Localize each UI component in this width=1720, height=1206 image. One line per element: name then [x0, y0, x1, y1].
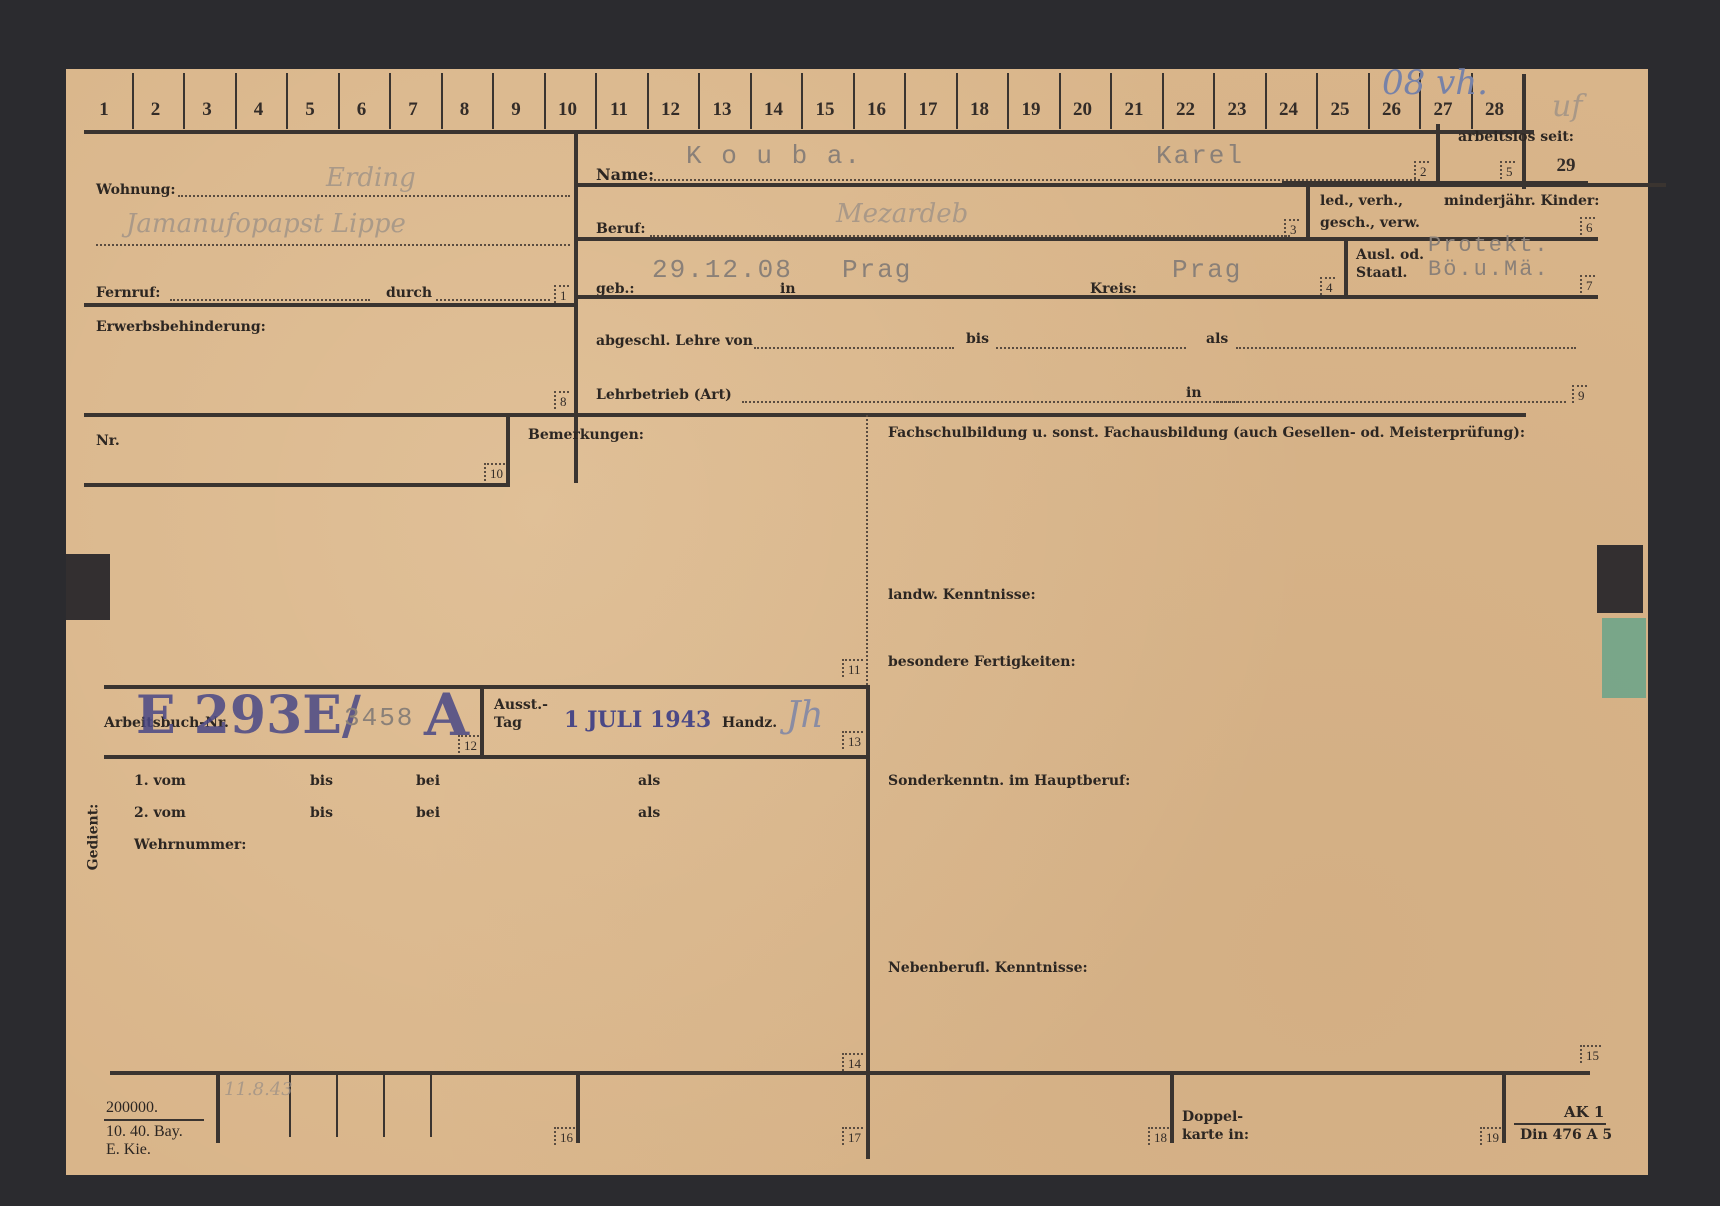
service-row-als: als: [638, 805, 660, 821]
issue-date-stamp: 1 JULI 1943: [564, 707, 711, 733]
handz-value: Jh: [786, 695, 824, 736]
field-6: 6: [1580, 217, 1595, 235]
kinder-label: minderjähr. Kinder:: [1444, 193, 1599, 209]
staat-value-1: Protekt.: [1428, 233, 1550, 258]
wohnung-value-1: Erding: [326, 163, 416, 193]
beruf-right-divider: [1306, 185, 1310, 239]
column-divider: [544, 73, 546, 129]
field-3: 3: [1284, 219, 1299, 237]
beruf-label: Beruf:: [596, 221, 646, 237]
middle-right-dotted-divider: [866, 415, 868, 685]
column-number: 13: [702, 99, 742, 121]
field-4: 4: [1320, 277, 1335, 295]
column-divider: [389, 73, 391, 129]
ausl-label-2: Staatl.: [1356, 265, 1407, 281]
lehrbetrieb-in-line: [1216, 401, 1566, 403]
lehre-label: abgeschl. Lehre von: [596, 333, 753, 349]
column-divider: [1316, 73, 1318, 129]
arbeitslos-label: arbeitslos seit:: [1458, 129, 1574, 145]
field-12: 12: [458, 735, 479, 753]
field-17: 17: [842, 1127, 863, 1145]
footer-divider-a: [216, 1073, 220, 1143]
ausst-label-2: Tag: [494, 715, 522, 731]
column-number: 15: [805, 99, 845, 121]
fernruf-underline: [84, 303, 574, 307]
column-divider: [132, 73, 134, 129]
column-divider: [441, 73, 443, 129]
column-number: 18: [960, 99, 1000, 121]
wohnung-value-2: Jamanufopapst Lippe: [126, 209, 406, 239]
handz-label: Handz.: [722, 715, 777, 731]
fachschul-label: Fachschulbildung u. sonst. Fachausbildun…: [888, 425, 1525, 441]
footer-divider-h: [1502, 1073, 1506, 1143]
field-14: 14: [842, 1053, 863, 1071]
column-number: 17: [908, 99, 948, 121]
wohnung-label: Wohnung:: [96, 182, 176, 198]
ausst-divider: [480, 687, 484, 759]
field-10: 10: [484, 463, 505, 481]
column-divider: [492, 73, 494, 129]
service-row-bis: bis: [310, 805, 333, 821]
field-8: 8: [554, 391, 569, 409]
landw-label: landw. Kenntnisse:: [888, 587, 1036, 603]
gedient-label: Gedient:: [85, 804, 101, 871]
column-divider: [286, 73, 288, 129]
column-number: 12: [651, 99, 691, 121]
field-2: 2: [1414, 161, 1429, 179]
index-card: 1234567891011121314151617181920212223242…: [66, 69, 1648, 1175]
column-number: 23: [1217, 99, 1257, 121]
footer-divider-f: [576, 1073, 580, 1143]
print-run-divider: [104, 1119, 204, 1121]
column-divider: [698, 73, 700, 129]
field-11: 11: [842, 659, 863, 677]
column-divider: [338, 73, 340, 129]
column-number: 10: [548, 99, 588, 121]
column-number: 6: [342, 99, 382, 121]
column-number: 5: [290, 99, 330, 121]
column-number: 21: [1114, 99, 1154, 121]
service-row-bis: bis: [310, 773, 333, 789]
wohnung-line-1: [178, 195, 570, 197]
registration-mark-right: [1597, 545, 1643, 613]
staat-value-2: Bö.u.Mä.: [1428, 257, 1550, 282]
column-divider: [595, 73, 597, 129]
column-divider: [750, 73, 752, 129]
doppelkarte-label-2: karte in:: [1182, 1127, 1249, 1143]
durch-label: durch: [386, 285, 432, 301]
nr-label: Nr.: [96, 433, 120, 449]
field-16: 16: [554, 1127, 575, 1145]
family-status-line-2: gesch., verw.: [1320, 215, 1420, 231]
column-divider: [1162, 73, 1164, 129]
column-number: 16: [857, 99, 897, 121]
bemerkungen-label: Bemerkungen:: [528, 427, 644, 443]
form-code-divider: [1514, 1123, 1606, 1125]
birth-date-value: 29.12.08: [652, 255, 793, 285]
column-number: 3: [187, 99, 227, 121]
header-underline: [84, 130, 1534, 134]
footer-divider-e: [430, 1073, 432, 1137]
footer-top-line: [110, 1071, 1590, 1075]
field-18: 18: [1148, 1127, 1169, 1145]
arbeitsbuch-number: 3458: [344, 703, 414, 733]
name-underline-right: [1282, 183, 1588, 187]
registration-mark-left: [66, 554, 110, 620]
fernruf-label: Fernruf:: [96, 285, 160, 301]
column-divider: [853, 73, 855, 129]
column-divider: [801, 73, 803, 129]
name-label: Name:: [596, 165, 654, 184]
column-number: 2: [136, 99, 176, 121]
service-row-als: als: [638, 773, 660, 789]
field-5: 5: [1500, 161, 1515, 179]
sonderkenntn-label: Sonderkenntn. im Hauptberuf:: [888, 773, 1130, 789]
wehrnummer-label: Wehrnummer:: [134, 837, 246, 853]
nr-underline: [84, 483, 510, 487]
nebenberufl-label: Nebenberufl. Kenntnisse:: [888, 960, 1088, 976]
lehrbetrieb-in-label: in: [1186, 385, 1202, 401]
print-info-2: E. Kie.: [106, 1141, 151, 1159]
first-name-value: Karel: [1156, 141, 1244, 171]
column-number: 4: [239, 99, 279, 121]
arbeitsbuch-bottom-line: [104, 755, 870, 759]
kreis-value: Prag: [1172, 255, 1242, 285]
corner-29: 29: [1546, 155, 1586, 177]
arbeitsbuch-stamp-prefix: E 293E/: [136, 685, 361, 746]
corner-pencil-mark: uf: [1552, 89, 1582, 124]
column-number: 14: [754, 99, 794, 121]
column-divider: [1007, 73, 1009, 129]
column-divider: [235, 73, 237, 129]
column-divider: [647, 73, 649, 129]
print-run: 200000.: [106, 1099, 158, 1117]
name-line: [650, 179, 1420, 181]
lehre-bis-line: [996, 347, 1186, 349]
lehrbetrieb-line: [742, 401, 1242, 403]
lehre-bis-label: bis: [966, 331, 989, 347]
doppelkarte-label-1: Doppel-: [1182, 1109, 1243, 1125]
field-9: 9: [1572, 385, 1587, 403]
column-divider: [956, 73, 958, 129]
field-1: 1: [554, 285, 569, 303]
green-stamp-fragment: [1602, 618, 1646, 698]
beruf-value: Mezardeb: [836, 199, 968, 229]
column-number: 8: [445, 99, 485, 121]
column-number: 7: [393, 99, 433, 121]
field-7: 7: [1580, 275, 1595, 293]
footer-divider-c: [336, 1073, 338, 1137]
field-19: 19: [1480, 1127, 1501, 1145]
ausl-label-1: Ausl. od.: [1356, 247, 1424, 263]
column-divider: [1059, 73, 1061, 129]
family-status-line-1: led., verh.,: [1320, 193, 1403, 209]
column-divider: [1110, 73, 1112, 129]
column-number: 25: [1320, 99, 1360, 121]
geb-underline: [576, 295, 1598, 299]
durch-line: [436, 299, 550, 301]
handwritten-08: 08 vh.: [1382, 63, 1488, 103]
surname-value: K o u b a.: [686, 141, 862, 171]
fernruf-line: [170, 299, 370, 301]
lehrbetrieb-label: Lehrbetrieb (Art): [596, 387, 732, 403]
form-code: AK 1: [1564, 1103, 1604, 1121]
footer-divider-d: [383, 1073, 385, 1137]
column-number: 11: [599, 99, 639, 121]
wohnung-line-2: [96, 244, 570, 246]
column-number: 19: [1011, 99, 1051, 121]
geb-right-divider: [1344, 239, 1348, 295]
service-row-n: 2. vom: [134, 805, 186, 821]
ausst-label-1: Ausst.-: [494, 697, 548, 713]
service-row-bei: bei: [416, 805, 440, 821]
column-divider: [1213, 73, 1215, 129]
column-number: 22: [1166, 99, 1206, 121]
nr-divider: [506, 415, 510, 487]
column-number: 1: [84, 99, 124, 121]
lehre-als-line: [1236, 347, 1576, 349]
din-label: Din 476 A 5: [1520, 1127, 1612, 1143]
footer-pencil-date: 11.8.43: [224, 1079, 293, 1100]
erwerbsbehinderung-label: Erwerbsbehinderung:: [96, 319, 266, 335]
field-15: 15: [1580, 1045, 1601, 1063]
field-13: 13: [842, 731, 863, 749]
column-divider: [183, 73, 185, 129]
service-row-n: 1. vom: [134, 773, 186, 789]
column-divider: [1265, 73, 1267, 129]
column-divider: [1368, 73, 1370, 129]
print-info-1: 10. 40. Bay.: [106, 1123, 183, 1141]
service-row-bei: bei: [416, 773, 440, 789]
name-right-divider: [1436, 124, 1440, 184]
lehre-line: [754, 347, 954, 349]
fertigkeiten-label: besondere Fertigkeiten:: [888, 654, 1076, 670]
column-number: 9: [496, 99, 536, 121]
footer-divider-g: [1170, 1073, 1174, 1143]
birthplace-value: Prag: [842, 255, 912, 285]
left-section-underline: [84, 413, 1526, 417]
lehre-als-label: als: [1206, 331, 1228, 347]
column-number: 20: [1063, 99, 1103, 121]
column-divider: [904, 73, 906, 129]
column-number: 24: [1269, 99, 1309, 121]
